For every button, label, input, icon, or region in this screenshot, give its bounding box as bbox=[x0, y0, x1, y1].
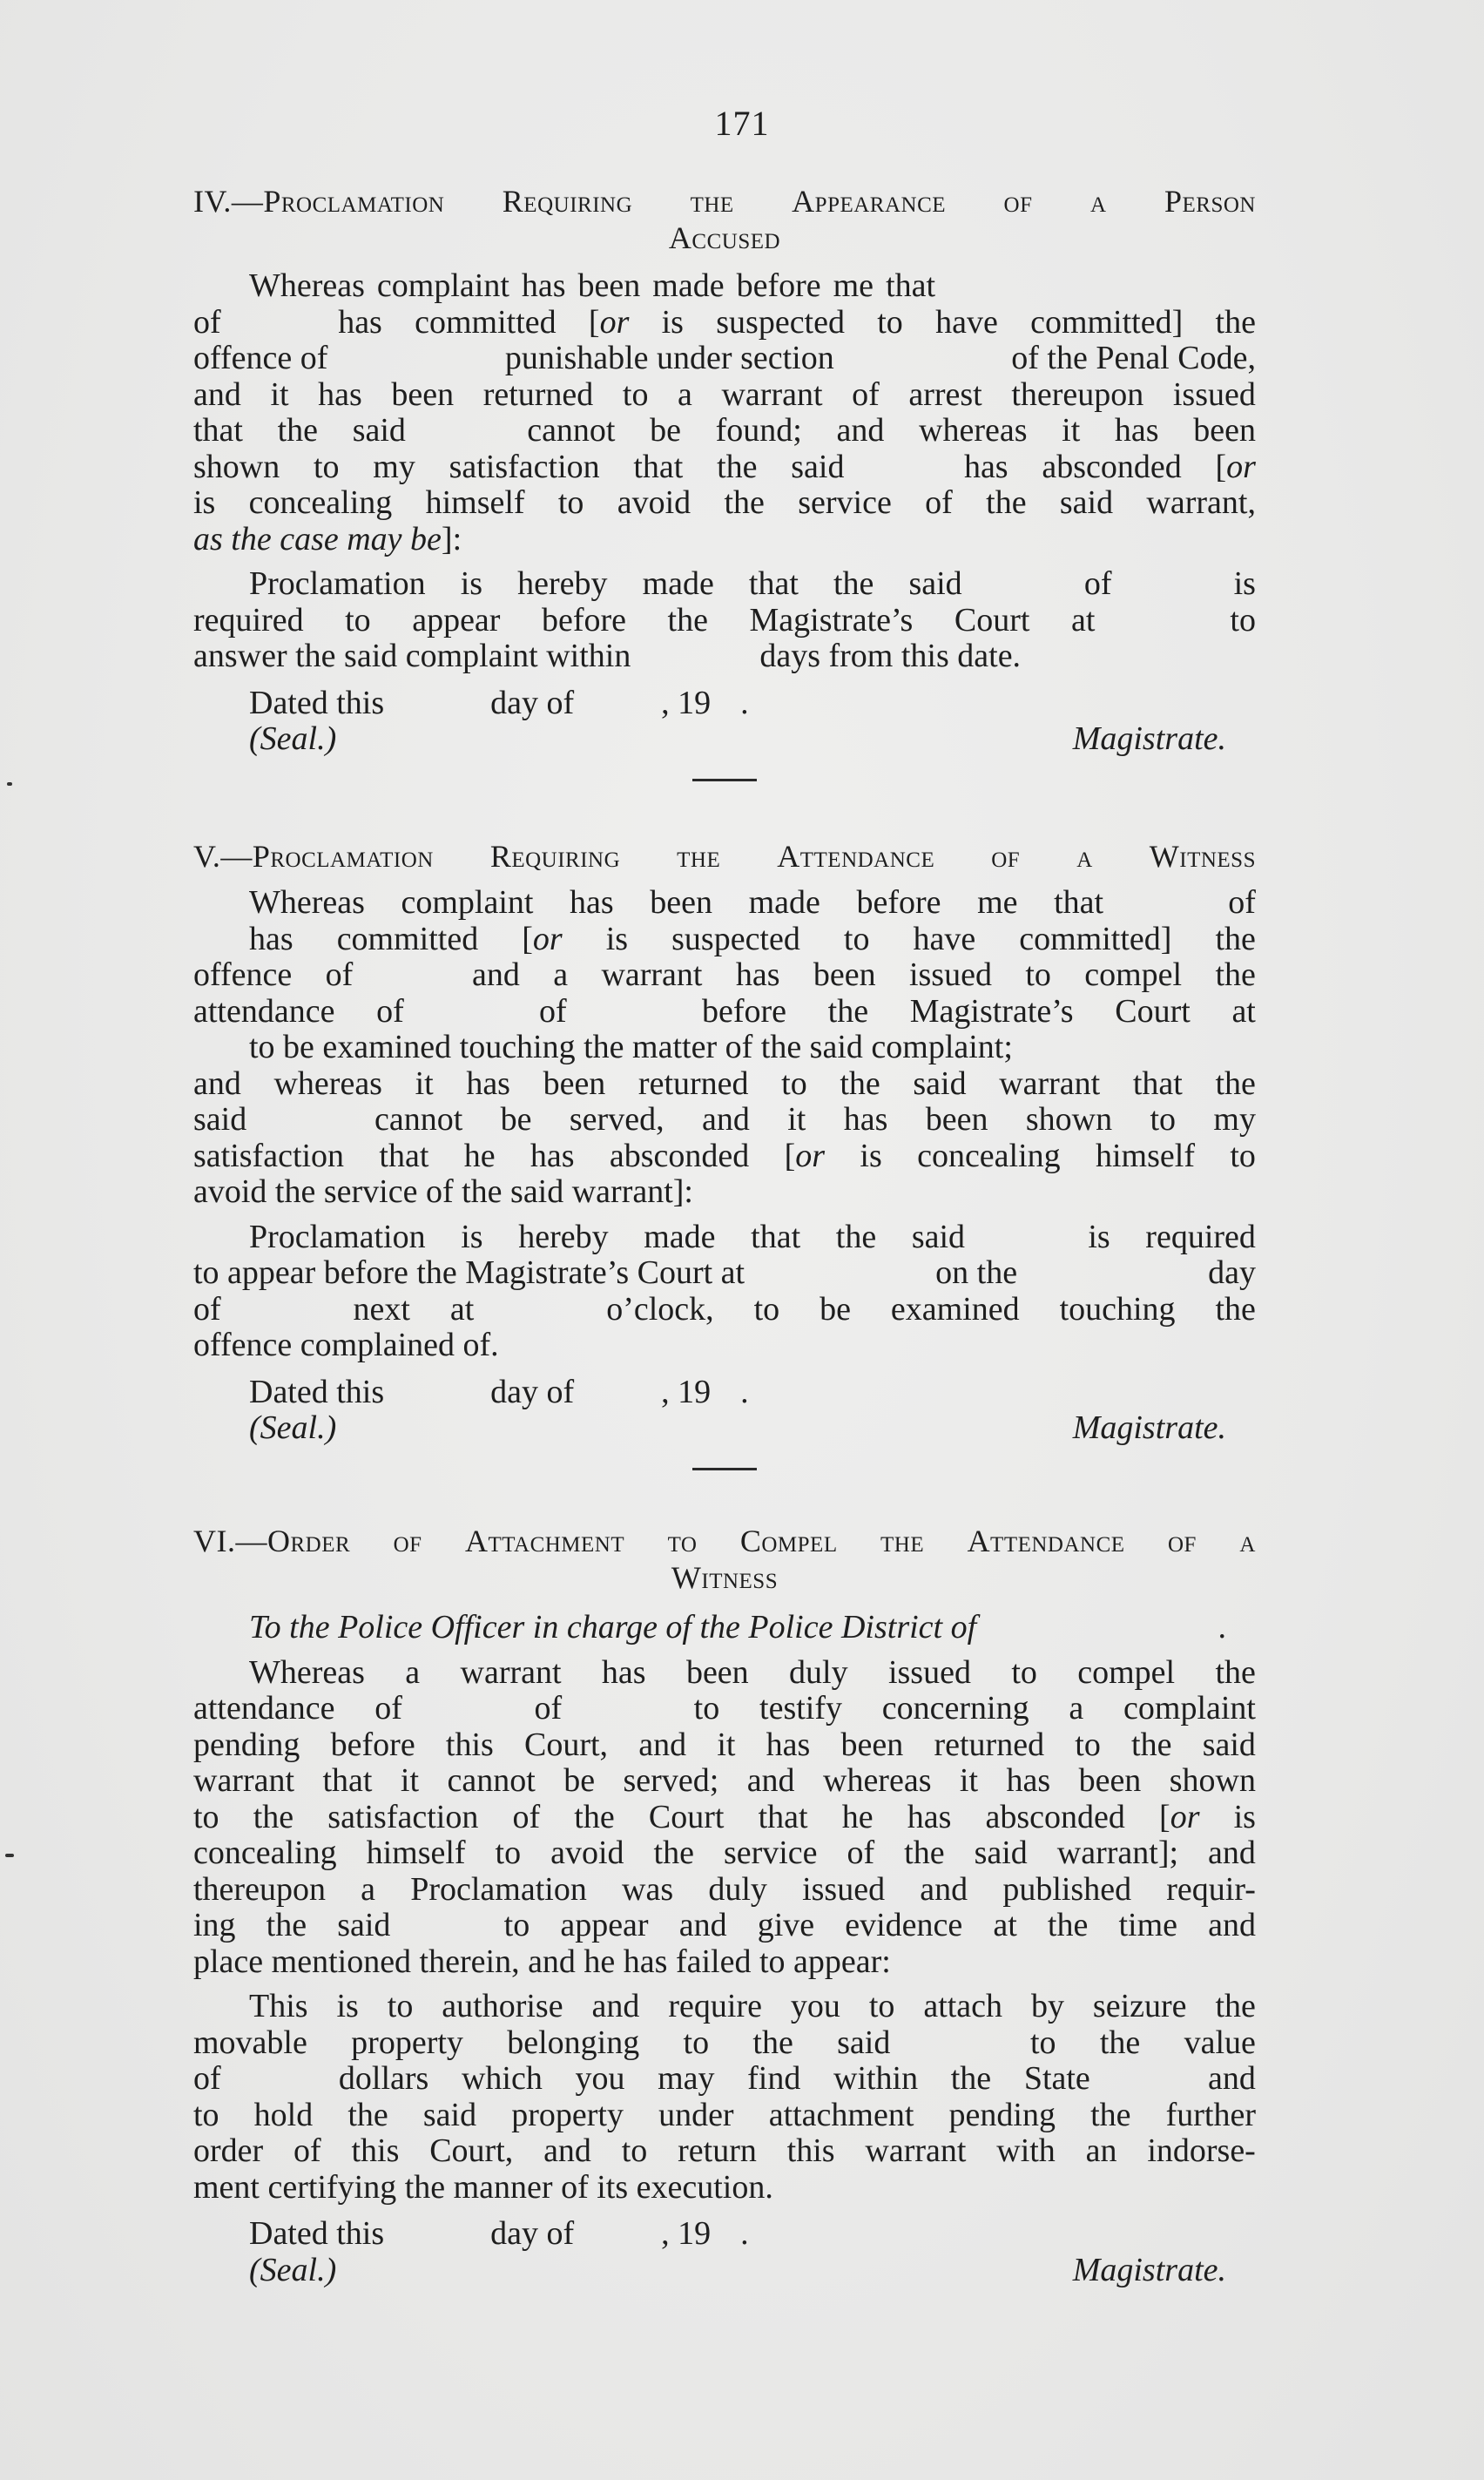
word: the bbox=[1215, 1066, 1255, 1103]
text-line: concealinghimselftoavoidtheserviceofthes… bbox=[193, 1835, 1256, 1872]
word: and bbox=[638, 1727, 686, 1764]
text-line: isconcealinghimselftoavoidtheserviceofth… bbox=[193, 485, 1256, 522]
section-iv: IV.—ProclamationRequiringtheAppearanceof… bbox=[193, 183, 1256, 781]
word: have bbox=[935, 305, 998, 341]
word: warrant bbox=[461, 1655, 562, 1692]
word: a bbox=[361, 1872, 375, 1909]
word: Court, bbox=[524, 1727, 608, 1764]
word: this bbox=[351, 2133, 399, 2170]
word: it bbox=[787, 1102, 806, 1139]
word: satisfaction bbox=[327, 1800, 478, 1836]
word: absconded bbox=[1042, 449, 1181, 486]
word: he bbox=[842, 1800, 874, 1836]
word: that bbox=[633, 449, 683, 486]
word: warrant bbox=[865, 2133, 966, 2170]
word: require bbox=[668, 1989, 762, 2025]
word: concealing bbox=[193, 1835, 337, 1872]
word: is bbox=[662, 305, 684, 341]
word: belonging bbox=[507, 2025, 639, 2062]
word: satisfaction bbox=[449, 449, 600, 486]
word: to bbox=[877, 305, 903, 341]
word: himself bbox=[1096, 1139, 1195, 1175]
word: hereby bbox=[517, 566, 607, 603]
page-number: 171 bbox=[0, 103, 1484, 144]
word: made bbox=[749, 885, 820, 922]
dated-segment: , 19 bbox=[661, 2216, 711, 2253]
word: be bbox=[820, 1292, 851, 1328]
word: to bbox=[193, 1800, 219, 1836]
word: testify bbox=[759, 1691, 842, 1727]
text-line: Thisistoauthoriseandrequireyoutoattachby… bbox=[193, 1989, 1256, 2025]
word: that bbox=[886, 268, 935, 305]
text-line: ingthesaidtoappearandgiveevidenceattheti… bbox=[193, 1908, 1256, 1944]
word: and bbox=[837, 413, 885, 449]
section-paragraphs: Whereascomplainthasbeenmadebeforemethato… bbox=[193, 268, 1256, 675]
word: been bbox=[841, 1727, 904, 1764]
word: that bbox=[379, 1139, 428, 1175]
word: a bbox=[1069, 1691, 1083, 1727]
word: of bbox=[847, 1835, 875, 1872]
word: warrant]; bbox=[1057, 1835, 1178, 1872]
word: be bbox=[563, 1763, 595, 1800]
word: indorse- bbox=[1147, 2133, 1256, 2170]
word: has bbox=[522, 268, 566, 305]
word: under bbox=[658, 2098, 734, 2134]
word: Proclamation bbox=[249, 566, 426, 603]
word: the bbox=[266, 1908, 307, 1944]
word: said bbox=[353, 413, 406, 449]
word: this bbox=[787, 2133, 835, 2170]
text-line: movablepropertybelongingtothesaidtotheva… bbox=[193, 2025, 1256, 2062]
word: the bbox=[836, 1220, 876, 1256]
word: that bbox=[322, 1763, 372, 1800]
word: concealing bbox=[917, 1139, 1061, 1175]
text-line: Whereascomplainthasbeenmadebeforemethato… bbox=[193, 885, 1256, 922]
word: avoid the service of the said warrant]: bbox=[193, 1174, 693, 1211]
word: to bbox=[1075, 1727, 1101, 1764]
paragraph: Whereascomplainthasbeenmadebeforemethato… bbox=[193, 885, 1256, 1211]
word: the bbox=[278, 413, 318, 449]
dated-segment: . bbox=[740, 686, 749, 722]
word: the bbox=[1048, 1908, 1088, 1944]
word: State bbox=[1024, 2061, 1090, 2098]
word: is bbox=[1234, 566, 1256, 603]
word: the bbox=[1216, 1292, 1256, 1328]
text-line: satisfactionthathehasabsconded[orisconce… bbox=[193, 1139, 1256, 1175]
word: was bbox=[622, 1872, 673, 1909]
section-v: V.—ProclamationRequiringtheAttendanceofa… bbox=[193, 838, 1256, 1470]
word: hold bbox=[254, 2098, 314, 2134]
word: value bbox=[1184, 2025, 1256, 2062]
word: attendance bbox=[193, 1691, 334, 1727]
word: of bbox=[534, 1691, 562, 1727]
word: return bbox=[678, 2133, 757, 2170]
word: my bbox=[373, 449, 415, 486]
word: been bbox=[578, 268, 641, 305]
dated-segment: day of bbox=[490, 1375, 574, 1411]
dated-line: Dated thisday of, 19. bbox=[193, 2216, 1256, 2253]
word: of bbox=[512, 1800, 540, 1836]
word: warrant bbox=[193, 1763, 294, 1800]
text-line: avoid the service of the said warrant]: bbox=[193, 1174, 1256, 1211]
section-heading: VI.—OrderofAttachmenttoCompeltheAttendan… bbox=[193, 1523, 1256, 1596]
word: to bbox=[193, 2098, 219, 2134]
word: and bbox=[702, 1102, 750, 1139]
word: said bbox=[837, 2025, 890, 2062]
word: to bbox=[1230, 603, 1256, 639]
paragraph: Thisistoauthoriseandrequireyoutoattachby… bbox=[193, 1989, 1256, 2206]
word: that bbox=[759, 1800, 808, 1836]
word: Whereas bbox=[249, 885, 365, 922]
word: this bbox=[446, 1727, 494, 1764]
word: said bbox=[337, 1908, 390, 1944]
word: time bbox=[1118, 1908, 1177, 1944]
word: before bbox=[737, 268, 821, 305]
word: absconded bbox=[986, 1800, 1125, 1836]
word: at bbox=[993, 1908, 1016, 1944]
word: is bbox=[1234, 1800, 1256, 1836]
word: been bbox=[543, 1066, 606, 1103]
word: the bbox=[347, 2098, 388, 2134]
word: and bbox=[543, 2133, 591, 2170]
word: to bbox=[314, 449, 340, 486]
word: [or bbox=[522, 922, 562, 958]
word: offence complained of. bbox=[193, 1328, 499, 1364]
word: shown bbox=[1026, 1102, 1112, 1139]
word: has bbox=[1006, 1763, 1050, 1800]
word: it bbox=[401, 1763, 419, 1800]
word: to bbox=[623, 377, 649, 414]
word: cannot bbox=[527, 413, 615, 449]
paragraph: Whereascomplainthasbeenmadebeforemethato… bbox=[193, 268, 1256, 557]
word: returned bbox=[638, 1066, 749, 1103]
word: cannot bbox=[374, 1102, 462, 1139]
word: and bbox=[747, 1763, 795, 1800]
word: at bbox=[1231, 994, 1255, 1031]
word: days from this date. bbox=[759, 639, 1021, 675]
word: at bbox=[450, 1292, 474, 1328]
word: [or bbox=[1215, 449, 1255, 486]
word: the bbox=[828, 994, 868, 1031]
word: the bbox=[840, 1066, 880, 1103]
heading-line: Accused bbox=[193, 220, 1256, 256]
text-line: to appear before the Magistrate’s Court … bbox=[193, 1255, 1256, 1292]
word: requir- bbox=[1166, 1872, 1256, 1909]
word: said bbox=[975, 1835, 1028, 1872]
word: of bbox=[925, 485, 953, 522]
word: attachment bbox=[769, 2098, 914, 2134]
word: whereas bbox=[273, 1066, 381, 1103]
word: said bbox=[913, 1066, 966, 1103]
word: a bbox=[405, 1655, 420, 1692]
word: the bbox=[752, 2025, 793, 2062]
word: has bbox=[907, 1800, 952, 1836]
word: committed bbox=[337, 922, 479, 958]
seal-label: (Seal.) bbox=[249, 2253, 336, 2289]
word: has bbox=[602, 1655, 646, 1692]
word: to bbox=[622, 2133, 648, 2170]
word: warrant bbox=[721, 377, 822, 414]
word: whereas bbox=[823, 1763, 931, 1800]
word: of bbox=[193, 305, 221, 341]
word: issued bbox=[888, 1655, 971, 1692]
word: compel bbox=[1077, 1655, 1175, 1692]
dated-segment: , 19 bbox=[661, 686, 711, 722]
word: it bbox=[415, 1066, 434, 1103]
word: which bbox=[462, 2061, 543, 2098]
magistrate-signature: Magistrate. bbox=[1073, 2253, 1226, 2289]
word: shown bbox=[1170, 1763, 1256, 1800]
word: said bbox=[423, 2098, 476, 2134]
word: you bbox=[575, 2061, 624, 2098]
word: and bbox=[592, 1989, 640, 2025]
text-line: ofnextato’clock,tobeexaminedtouchingthe bbox=[193, 1292, 1256, 1328]
word: himself bbox=[367, 1835, 466, 1872]
text-line: saidcannotbeserved,andithasbeenshowntomy bbox=[193, 1102, 1256, 1139]
text-line: to be examined touching the matter of th… bbox=[193, 1030, 1256, 1066]
word: is bbox=[860, 1139, 881, 1175]
word: served, bbox=[570, 1102, 664, 1139]
word: of bbox=[326, 957, 354, 994]
word: been bbox=[650, 885, 712, 922]
word: place mentioned therein, and he has fail… bbox=[193, 1944, 891, 1981]
margin-speck bbox=[7, 782, 12, 786]
word: [or bbox=[1159, 1800, 1199, 1836]
word: attendance bbox=[193, 994, 334, 1031]
word: on the bbox=[935, 1255, 1017, 1292]
word: property bbox=[511, 2098, 624, 2134]
address-line: To the Police Officer in charge of the P… bbox=[193, 1610, 1256, 1646]
word: complaint bbox=[401, 885, 534, 922]
text-line: andwhereasithasbeenreturnedtothesaidwarr… bbox=[193, 1066, 1256, 1103]
word: may bbox=[658, 2061, 714, 2098]
heading-line: V.—ProclamationRequiringtheAttendanceofa… bbox=[193, 838, 1256, 875]
word: be bbox=[501, 1102, 532, 1139]
word: been bbox=[1079, 1763, 1142, 1800]
word: hereby bbox=[518, 1220, 608, 1256]
text-line: showntomysatisfactionthatthesaidhasabsco… bbox=[193, 449, 1256, 486]
word: has bbox=[318, 377, 362, 414]
word: pending bbox=[949, 2098, 1056, 2134]
text-line: andithasbeenreturnedtoawarrantofarrestth… bbox=[193, 377, 1256, 414]
word: required bbox=[193, 603, 304, 639]
word: has bbox=[844, 1102, 888, 1139]
word: issued bbox=[1173, 377, 1256, 414]
word: has bbox=[570, 885, 614, 922]
word: the bbox=[986, 485, 1026, 522]
text-line: hascommitted[orissuspectedtohavecommitte… bbox=[193, 922, 1256, 958]
word: cannot bbox=[447, 1763, 535, 1800]
word: it bbox=[270, 377, 288, 414]
word: seizure bbox=[1093, 1989, 1187, 2025]
signature-block: (Seal.) Magistrate. bbox=[193, 1410, 1256, 1447]
word: found; bbox=[716, 413, 802, 449]
word: to bbox=[1030, 2025, 1056, 2062]
word: complaint bbox=[377, 268, 509, 305]
word: returned bbox=[934, 1727, 1044, 1764]
word: [or bbox=[785, 1139, 825, 1175]
dated-line: Dated thisday of, 19. bbox=[193, 686, 1256, 722]
word: as the case may be]: bbox=[193, 522, 462, 558]
section-vi: VI.—OrderofAttachmenttoCompeltheAttendan… bbox=[193, 1523, 1256, 2288]
word: to bbox=[1150, 1102, 1176, 1139]
word: whereas bbox=[919, 413, 1027, 449]
word: and bbox=[920, 1872, 968, 1909]
word: the bbox=[668, 603, 708, 639]
word: issued bbox=[909, 957, 992, 994]
word: the bbox=[717, 449, 757, 486]
word: the bbox=[1215, 1655, 1255, 1692]
word: to bbox=[496, 1835, 522, 1872]
word: served; bbox=[624, 1763, 719, 1800]
section-divider bbox=[692, 779, 757, 781]
word: has bbox=[466, 1066, 510, 1103]
word: has bbox=[338, 305, 382, 341]
word: warrant, bbox=[1146, 485, 1256, 522]
word: thereupon bbox=[193, 1872, 326, 1909]
signature-block: (Seal.) Magistrate. bbox=[193, 2253, 1256, 2289]
word: that bbox=[1133, 1066, 1183, 1103]
word: and bbox=[193, 1066, 241, 1103]
word: of bbox=[374, 1691, 402, 1727]
word: Proclamation bbox=[410, 1872, 587, 1909]
word: answer the said complaint within bbox=[193, 639, 631, 675]
word: before bbox=[542, 603, 626, 639]
address-end: . bbox=[1218, 1610, 1227, 1646]
address-text: To the Police Officer in charge of the P… bbox=[249, 1610, 976, 1646]
word: the bbox=[1215, 957, 1255, 994]
word: of bbox=[852, 377, 880, 414]
word: attach bbox=[923, 1989, 1002, 2025]
word: and bbox=[1208, 1908, 1256, 1944]
word: a bbox=[553, 957, 568, 994]
dated-segment: , 19 bbox=[661, 1375, 711, 1411]
text-line: place mentioned therein, and he has fail… bbox=[193, 1944, 1256, 1981]
word: warrant bbox=[999, 1066, 1100, 1103]
word: to bbox=[558, 485, 584, 522]
text-line: offence complained of. bbox=[193, 1328, 1256, 1364]
word: is bbox=[606, 922, 628, 958]
word: been bbox=[1193, 413, 1256, 449]
word: touching bbox=[1060, 1292, 1176, 1328]
paragraph: Proclamationisherebymadethatthesaidisreq… bbox=[193, 1220, 1256, 1364]
word: dollars bbox=[339, 2061, 428, 2098]
word: service bbox=[798, 485, 892, 522]
word: concealing bbox=[249, 485, 393, 522]
word: concerning bbox=[882, 1691, 1029, 1727]
section-paragraphs: Whereasawarranthasbeendulyissuedtocompel… bbox=[193, 1655, 1256, 2206]
word: published bbox=[1002, 1872, 1131, 1909]
word: Whereas bbox=[249, 1655, 365, 1692]
word: to bbox=[504, 1908, 530, 1944]
word: issued bbox=[802, 1872, 885, 1909]
word: been bbox=[686, 1655, 749, 1692]
word: further bbox=[1166, 2098, 1256, 2134]
word: to bbox=[869, 1989, 895, 2025]
word: arrest bbox=[908, 377, 981, 414]
seal-label: (Seal.) bbox=[249, 721, 336, 758]
word: This bbox=[249, 1989, 308, 2025]
dated-segment: day of bbox=[490, 686, 574, 722]
word: before bbox=[331, 1727, 415, 1764]
paragraph: Proclamationisherebymadethatthesaidofisr… bbox=[193, 566, 1256, 675]
word: committed bbox=[415, 305, 556, 341]
word: himself bbox=[426, 485, 525, 522]
heading-line: Witness bbox=[193, 1559, 1256, 1596]
word: an bbox=[1086, 2133, 1117, 2170]
section-divider bbox=[692, 1468, 757, 1470]
word: has bbox=[249, 922, 293, 958]
dated-segment: day of bbox=[490, 2216, 574, 2253]
section-heading: IV.—ProclamationRequiringtheAppearanceof… bbox=[193, 183, 1256, 256]
word: Court bbox=[1115, 994, 1191, 1031]
word: said bbox=[908, 566, 961, 603]
word: the bbox=[574, 1800, 614, 1836]
word: that bbox=[751, 1220, 800, 1256]
word: the bbox=[1100, 2025, 1140, 2062]
word: the bbox=[725, 485, 765, 522]
word: the bbox=[833, 566, 874, 603]
dated-segment: . bbox=[740, 2216, 749, 2253]
word: that bbox=[1054, 885, 1103, 922]
word: movable bbox=[193, 2025, 307, 2062]
word: suspected bbox=[671, 922, 800, 958]
word: duly bbox=[789, 1655, 848, 1692]
word: order bbox=[193, 2133, 263, 2170]
word: the bbox=[654, 1835, 694, 1872]
word: ing bbox=[193, 1908, 236, 1944]
word: committed] bbox=[1019, 922, 1171, 958]
word: with bbox=[996, 2133, 1056, 2170]
word: said bbox=[193, 1102, 246, 1139]
word: be bbox=[650, 413, 681, 449]
text-line: offenceofandawarranthasbeenissuedtocompe… bbox=[193, 957, 1256, 994]
word: made bbox=[643, 566, 714, 603]
word: thereupon bbox=[1011, 377, 1143, 414]
word: ment certifying the manner of its execut… bbox=[193, 2170, 773, 2206]
word: is bbox=[193, 485, 215, 522]
word: to bbox=[781, 1066, 807, 1103]
word: he bbox=[464, 1139, 496, 1175]
text-line: pendingbeforethisCourt,andithasbeenretur… bbox=[193, 1727, 1256, 1764]
word: returned bbox=[483, 377, 594, 414]
text-line: thatthesaidcannotbefound;andwhereasithas… bbox=[193, 413, 1256, 449]
word: said bbox=[1060, 485, 1113, 522]
word: has bbox=[1115, 413, 1159, 449]
text-line: Whereascomplainthasbeenmadebeforemethat bbox=[193, 268, 1256, 305]
dated-segment: Dated this bbox=[249, 2216, 384, 2253]
text-line: ofdollarswhichyoumayfindwithintheStatean… bbox=[193, 2061, 1256, 2098]
word: has bbox=[530, 1139, 575, 1175]
word: of bbox=[193, 1292, 221, 1328]
word: to bbox=[345, 603, 371, 639]
word: appear bbox=[412, 603, 500, 639]
signature-block: (Seal.) Magistrate. bbox=[193, 721, 1256, 758]
word: has bbox=[964, 449, 1008, 486]
word: to bbox=[388, 1989, 414, 2025]
text-line: requiredtoappearbeforetheMagistrate’sCou… bbox=[193, 603, 1256, 639]
word: that bbox=[193, 413, 243, 449]
word: to bbox=[694, 1691, 720, 1727]
word: made bbox=[644, 1220, 715, 1256]
word: the bbox=[1215, 1989, 1255, 2025]
word: to bbox=[1011, 1655, 1037, 1692]
word: pending bbox=[193, 1727, 300, 1764]
word: to bbox=[1230, 1139, 1256, 1175]
word: evidence bbox=[845, 1908, 962, 1944]
word: day bbox=[1208, 1255, 1256, 1292]
word: absconded bbox=[610, 1139, 749, 1175]
